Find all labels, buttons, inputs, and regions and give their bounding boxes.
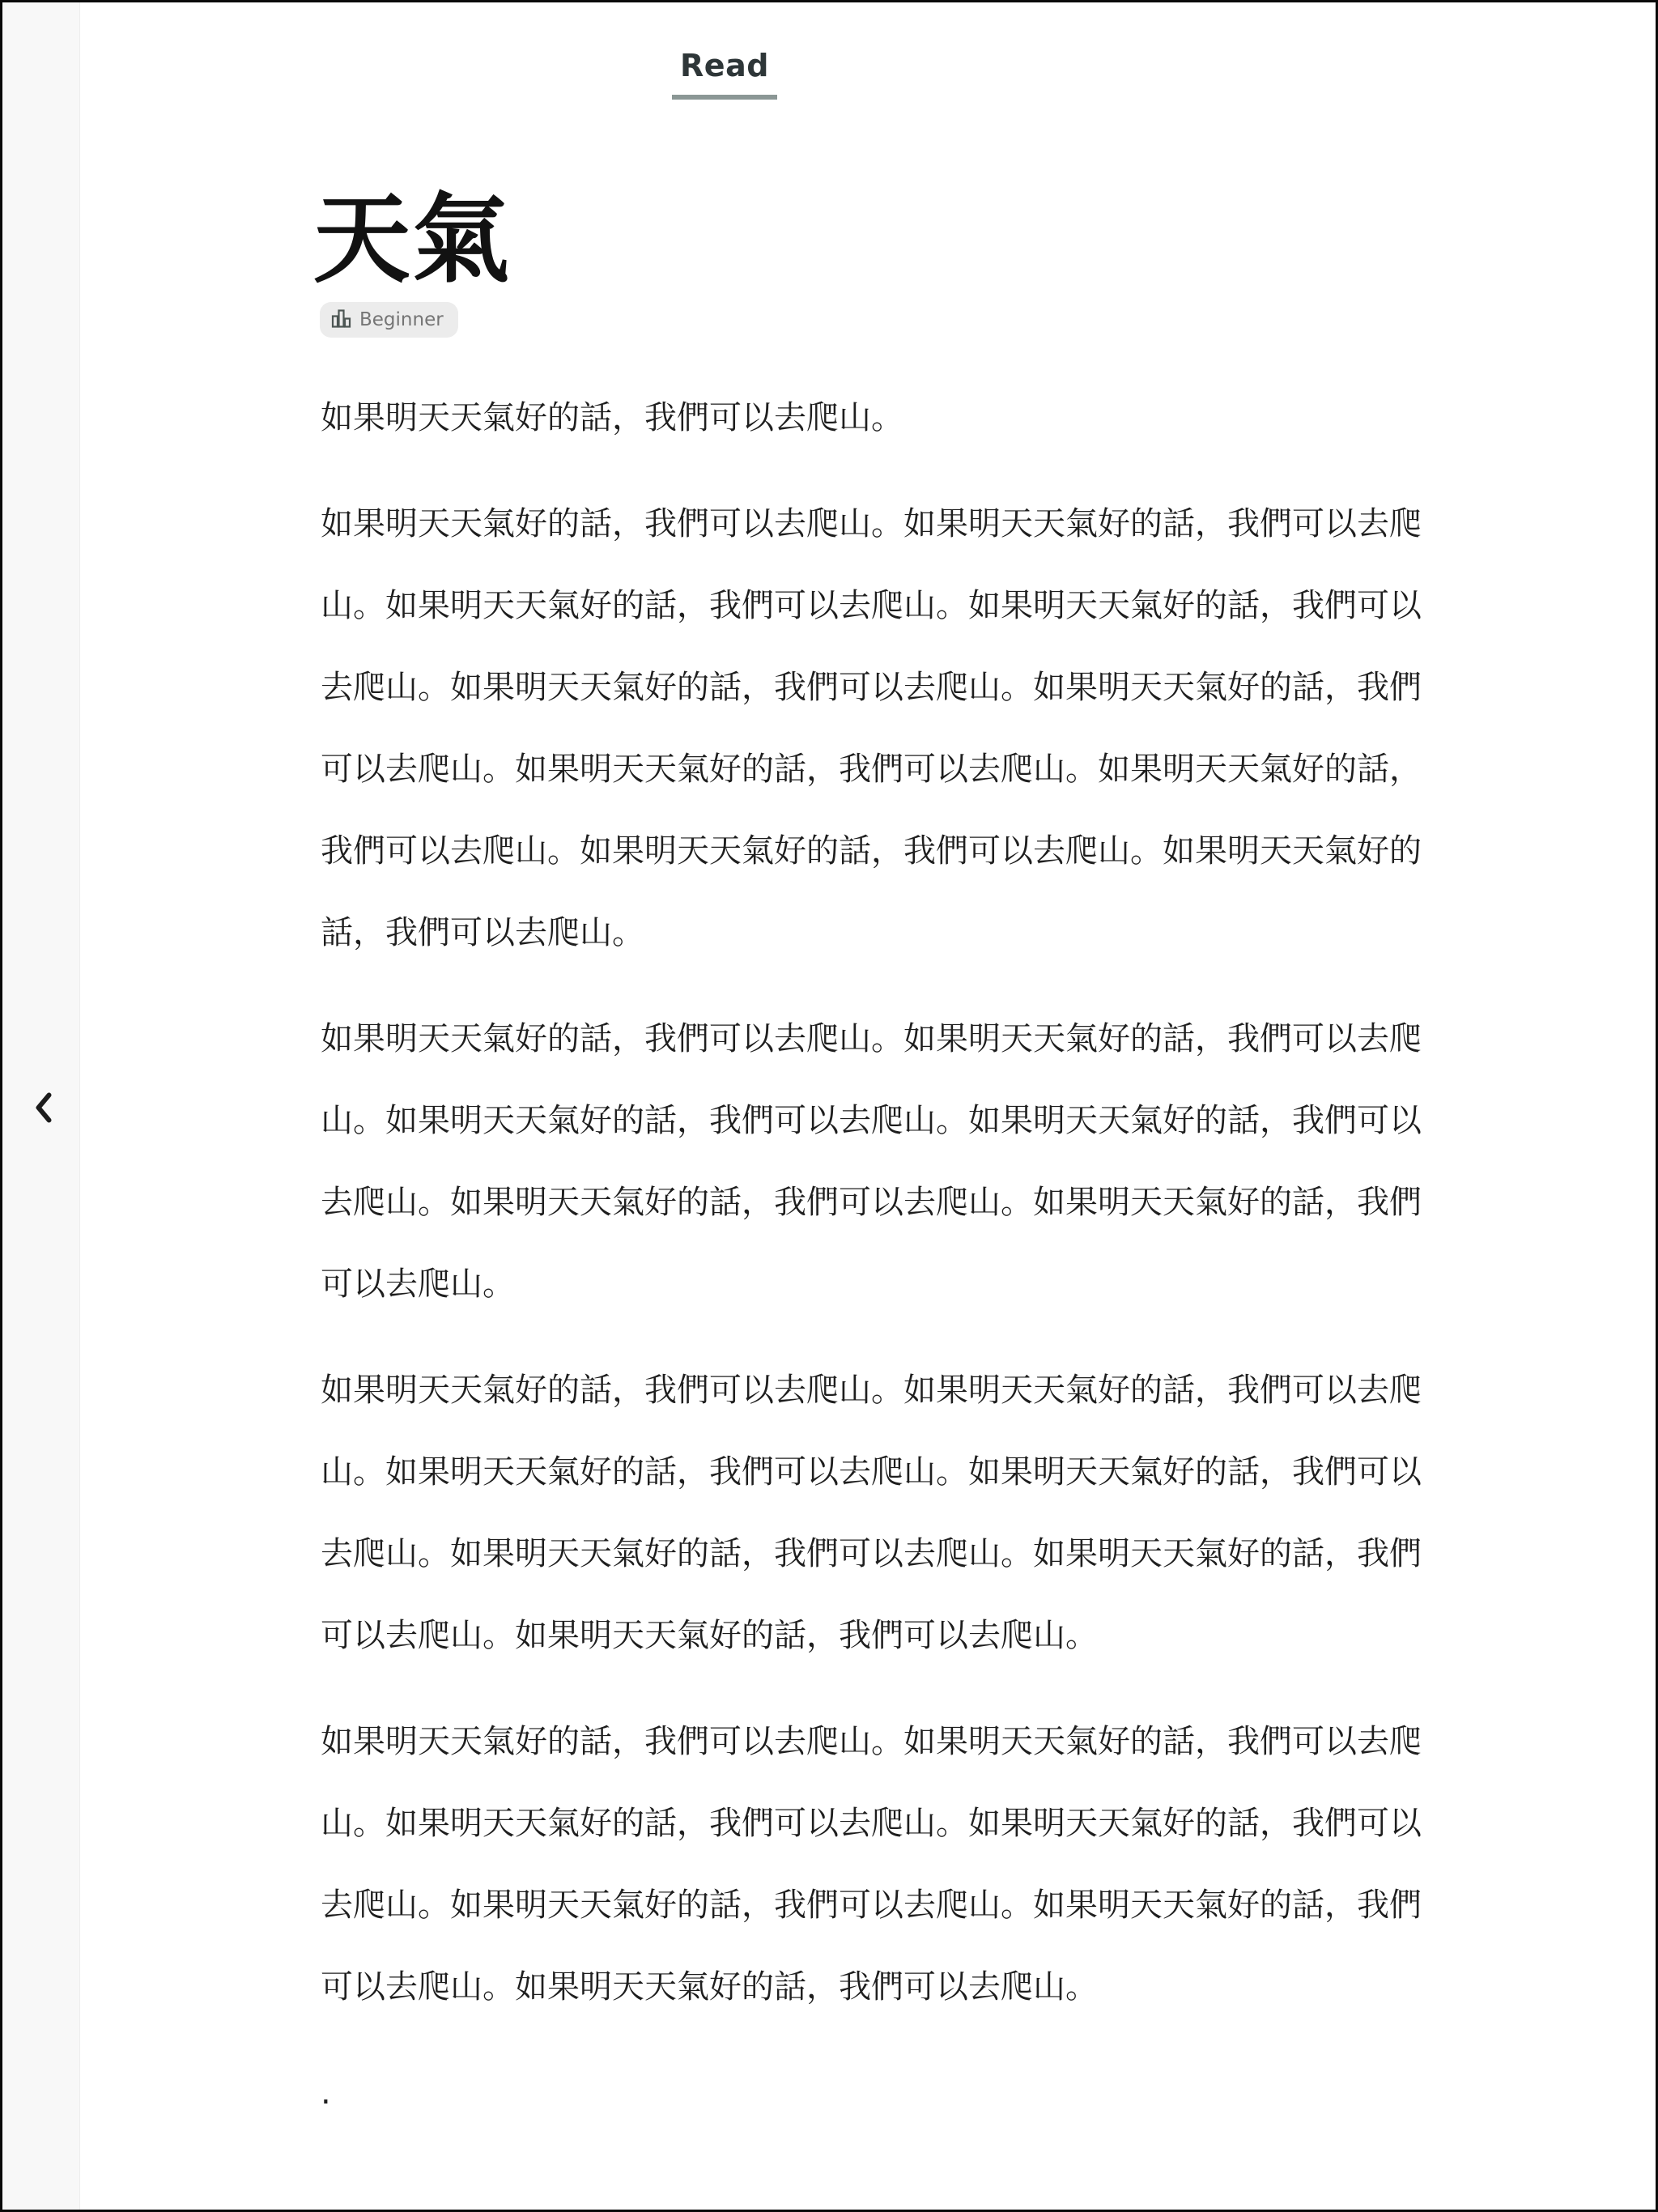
tab-read[interactable]: Read <box>671 49 778 100</box>
level-badge: Beginner <box>320 302 458 338</box>
previous-screen-edge <box>2 2 80 2210</box>
bar-chart-icon <box>331 309 351 331</box>
paragraph[interactable]: 如果明天天氣好的話，我們可以去爬山。 <box>321 377 1436 459</box>
tab-active-indicator <box>672 95 777 100</box>
back-button[interactable] <box>27 1087 61 1129</box>
lesson-title: 天氣 <box>313 184 511 296</box>
paragraph[interactable]: 如果明天天氣好的話，我們可以去爬山。如果明天天氣好的話，我們可以去爬山。如果明天… <box>321 1350 1436 1677</box>
paragraph[interactable]: 如果明天天氣好的話，我們可以去爬山。如果明天天氣好的話，我們可以去爬山。如果明天… <box>321 998 1436 1325</box>
tab-read-label: Read <box>671 49 778 82</box>
paragraph[interactable]: 如果明天天氣好的話，我們可以去爬山。如果明天天氣好的話，我們可以去爬山。如果明天… <box>321 1701 1436 2028</box>
paragraph-final-period[interactable]: . <box>321 2052 1436 2134</box>
chevron-left-icon <box>35 1092 53 1125</box>
lesson-text: 如果明天天氣好的話，我們可以去爬山。 如果明天天氣好的話，我們可以去爬山。如果明… <box>321 377 1436 2134</box>
paragraph[interactable]: 如果明天天氣好的話，我們可以去爬山。如果明天天氣好的話，我們可以去爬山。如果明天… <box>321 483 1436 974</box>
reader-window: Read 天氣 Beginner 如果明天天氣好的話，我們可以去爬山。 如果明天… <box>0 0 1658 2212</box>
level-label: Beginner <box>359 311 444 330</box>
